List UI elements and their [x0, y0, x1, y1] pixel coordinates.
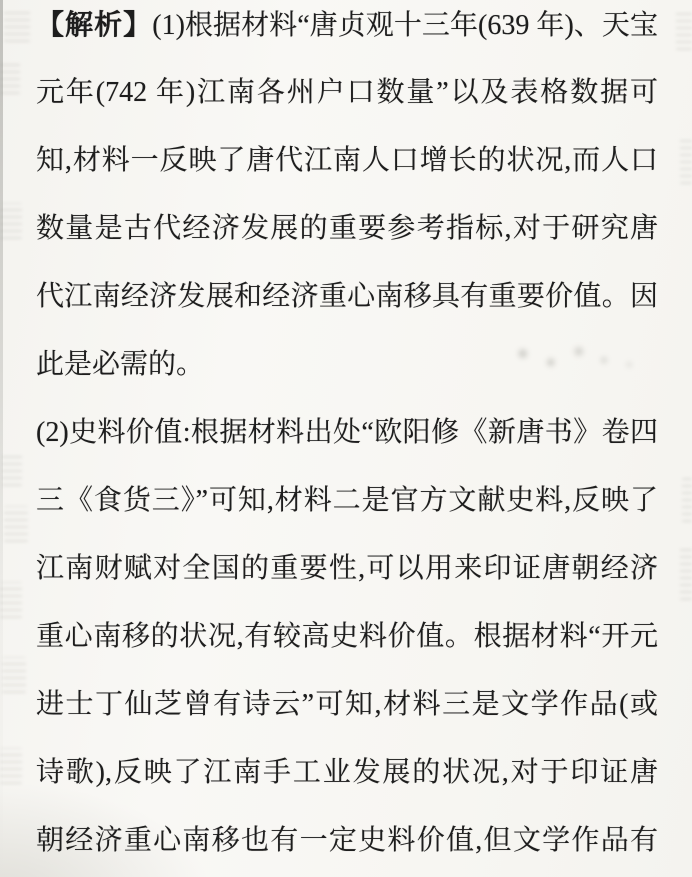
text-line-1: 【解析】(1)根据材料“唐贞观十三年(639 年)、天宝: [36, 0, 658, 59]
bleedthrough-mark-left: [0, 203, 22, 239]
bleedthrough-mark-left: [0, 60, 20, 94]
text-line-4: 数量是古代经济发展的重要参考指标,对于研究唐: [36, 195, 658, 263]
text-line-5: 代江南经济发展和经济重心南移具有重要价值。因: [36, 263, 658, 331]
bleedthrough-mark-left: [0, 582, 22, 618]
scan-edge-shadow: [0, 0, 3, 877]
text-line-12: 诗歌),反映了江南手工业发展的状况,对于印证唐: [36, 739, 658, 807]
bleedthrough-mark-left: [2, 657, 26, 693]
text-line-8: 三《食货三》”可知,材料二是官方文献史料,反映了: [36, 467, 658, 535]
bleedthrough-mark-left: [2, 452, 22, 486]
bleedthrough-mark-left: [4, 506, 28, 542]
bleedthrough-mark-right: [680, 548, 692, 600]
bleedthrough-mark-left: [4, 8, 30, 42]
analysis-text-block: 【解析】(1)根据材料“唐贞观十三年(639 年)、天宝元年(742 年)江南各…: [36, 0, 658, 875]
analysis-label: 【解析】: [36, 9, 152, 40]
text-line-9: 江南财赋对全国的重要性,可以用来印证唐朝经济: [36, 535, 658, 603]
text-line-3: 知,材料一反映了唐代江南人口增长的状况,而人口: [36, 127, 658, 195]
bleedthrough-mark-right: [680, 138, 692, 184]
text-line-13: 朝经济重心南移也有一定史料价值,但文学作品有: [36, 807, 658, 875]
text-line-7: (2)史料价值:根据材料出处“欧阳修《新唐书》卷四: [36, 399, 658, 467]
bleedthrough-mark-right: [676, 10, 692, 50]
bleedthrough-mark-left: [0, 748, 22, 784]
scanned-page: 【解析】(1)根据材料“唐贞观十三年(639 年)、天宝元年(742 年)江南各…: [0, 0, 692, 877]
text-line-11: 进士丁仙芝曾有诗云”可知,材料三是文学作品(或: [36, 671, 658, 739]
bleedthrough-smudge-center: [506, 336, 646, 380]
text-line-2: 元年(742 年)江南各州户口数量”以及表格数据可: [36, 59, 658, 127]
text-line-10: 重心南移的状况,有较高史料价值。根据材料“开元: [36, 603, 658, 671]
bleedthrough-mark-right: [682, 478, 692, 522]
